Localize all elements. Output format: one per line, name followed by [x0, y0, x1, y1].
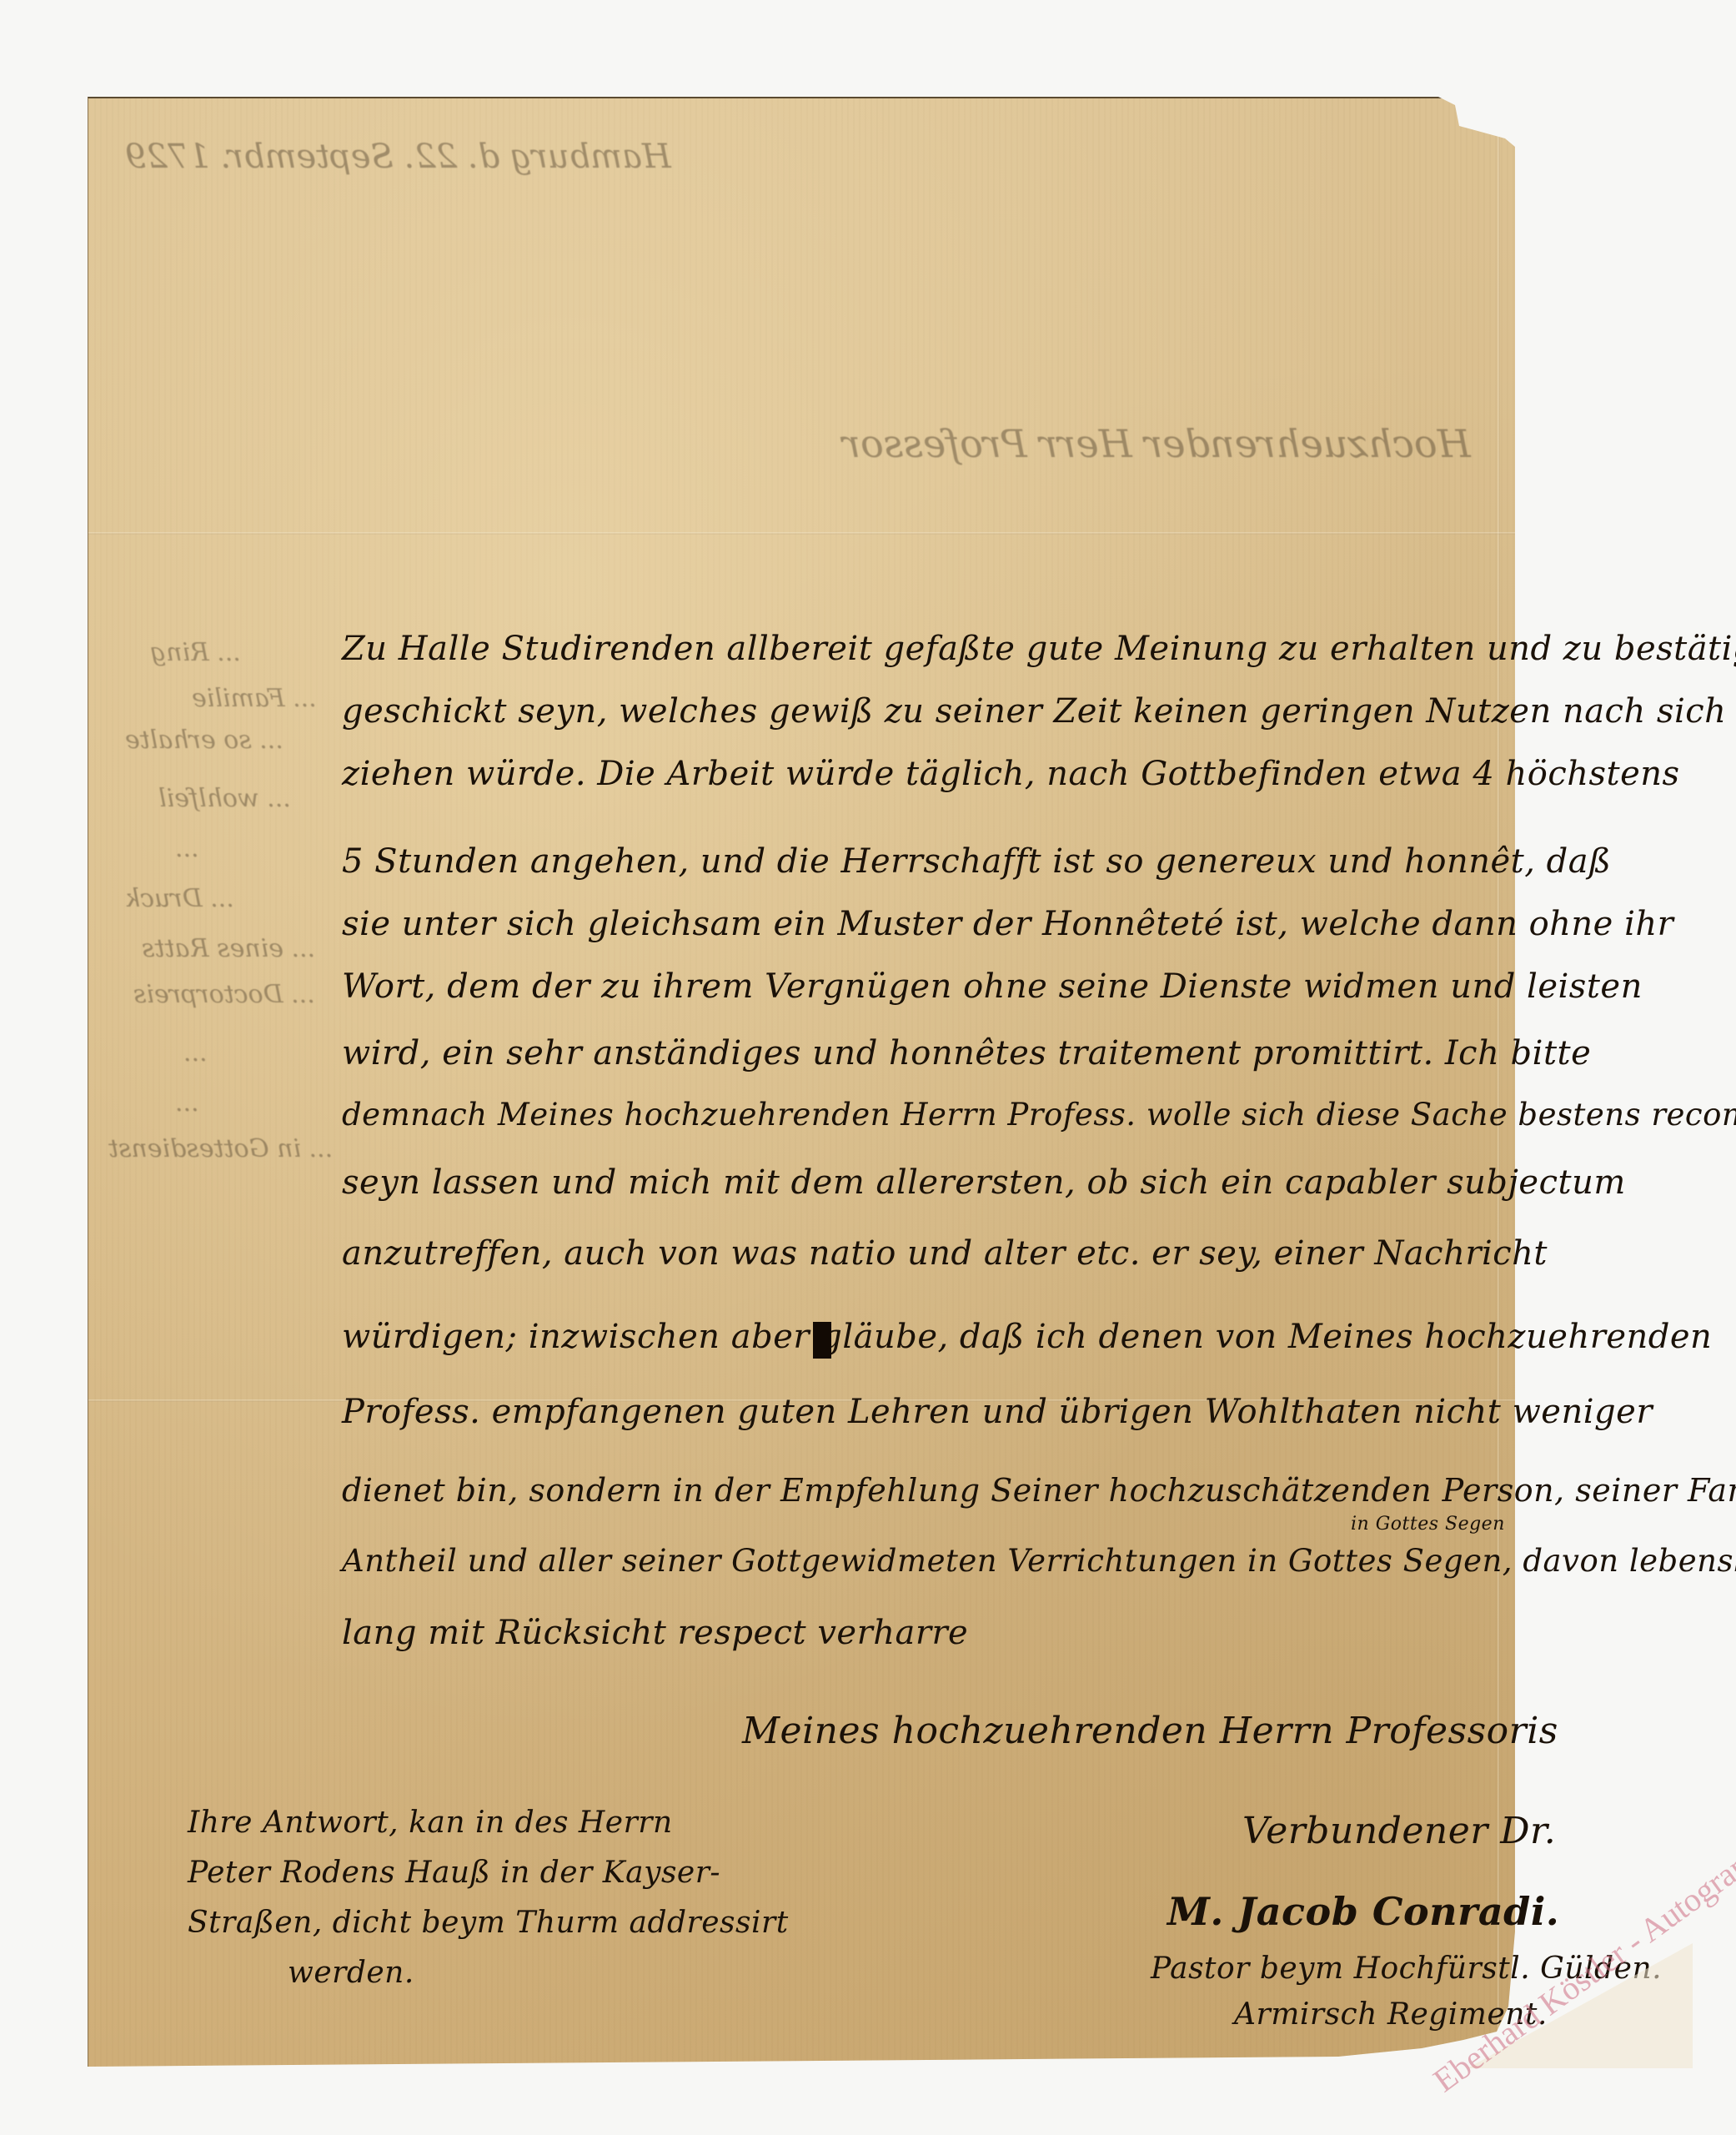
letter-body-line: lang mit Rücksicht respect verharre [342, 1614, 968, 1652]
letter-body-line: Zu Halle Studirenden allbereit gefaßte g… [342, 630, 1736, 668]
letter-body-line: demnach Meines hochzuehrenden Herrn Prof… [342, 1097, 1736, 1133]
letter-body-line: wird, ein sehr anständiges und honnêtes … [342, 1034, 1591, 1073]
bleed-through-margin-line: ... Doctorpreis [133, 980, 315, 1009]
insertion-above-line: in Gottes Segen [1351, 1514, 1505, 1535]
bleed-through-margin-line: ... in Gottesdienst [108, 1134, 333, 1163]
bleed-through-margin-line: ... Ring [150, 638, 241, 667]
letter-body-line: dienet bin, sondern in der Empfehlung Se… [342, 1472, 1736, 1509]
ink-blot [813, 1322, 831, 1359]
letter-body-line: Wort, dem der zu ihrem Vergnügen ohne se… [342, 967, 1643, 1006]
signature: M. Jacob Conradi. [1167, 1889, 1559, 1934]
closing-formula: Meines hochzuehrenden Herrn Professoris [742, 1710, 1558, 1752]
letter-body-line: ziehen würde. Die Arbeit würde täglich, … [342, 755, 1680, 793]
postscript-line: Ihre Antwort, kan in des Herrn [188, 1806, 673, 1840]
bleed-through-margin-line: ... [175, 1088, 199, 1118]
letter-sheet [88, 97, 1688, 2070]
letter-body-line: geschickt seyn, welches gewiß zu seiner … [342, 692, 1726, 731]
bleed-through-margin-line: ... Druck [125, 884, 234, 913]
horizontal-fold-line [88, 532, 1688, 535]
letter-body-line: Antheil und aller seiner Gottgewidmeten … [342, 1543, 1736, 1579]
letter-body-line: würdigen; inzwischen aber gläube, daß ic… [342, 1318, 1712, 1356]
postscript-line: Straßen, dicht beym Thurm addressirt [188, 1906, 789, 1940]
vertical-fold-line [1498, 98, 1500, 2068]
postscript-line: werden. [288, 1956, 414, 1990]
letter-body-line: seyn lassen und mich mit dem allerersten… [342, 1163, 1626, 1202]
bleed-through-dateline: Hamburg d. 22. Septembr. 1729 [125, 138, 671, 176]
letter-body-line: Profess. empfangenen guten Lehren und üb… [342, 1393, 1653, 1431]
letter-body-line: anzutreffen, auch von was natio und alte… [342, 1234, 1548, 1273]
bleed-through-margin-line: ... [183, 1038, 208, 1067]
bleed-through-margin-line: ... wohlfeil [158, 784, 291, 813]
bleed-through-margin-line: ... eines Ratts [142, 934, 315, 963]
bleed-through-margin-line: ... Familie [192, 684, 317, 713]
bleed-through-margin-line: ... [175, 834, 199, 863]
postscript-line: Peter Rodens Hauß in der Kayser- [188, 1856, 720, 1890]
bleed-through-salutation: Hochzuehrender Herr Professor [842, 421, 1471, 466]
letter-body-line: 5 Stunden angehen, und die Herrschafft i… [342, 842, 1611, 881]
valediction: Verbundener Dr. [1242, 1810, 1556, 1852]
letter-body-line: sie unter sich gleichsam ein Muster der … [342, 905, 1673, 943]
bleed-through-margin-line: ... so erhalte [125, 726, 283, 755]
